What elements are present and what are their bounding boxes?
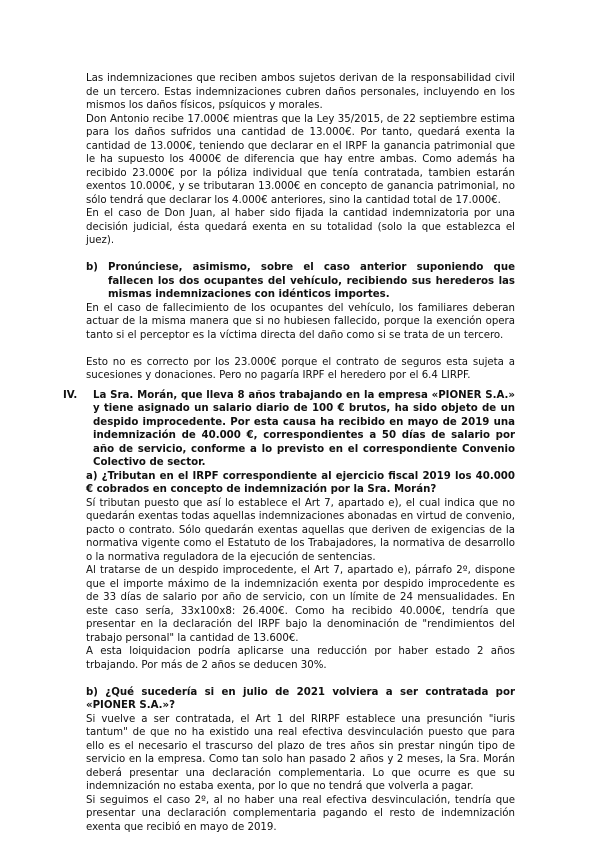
intro-paragraph: Don Antonio recibe 17.000€ mientras que … xyxy=(86,113,515,208)
answer-paragraph: Si vuelve a ser contratada, el Art 1 del… xyxy=(86,713,515,794)
answer-paragraph: Si seguimos el caso 2º, al no haber una … xyxy=(86,794,515,835)
question-a-heading: a) ¿Tributan en el IRPF correspondiente … xyxy=(86,470,515,497)
answer-paragraph: A esta loiquidacion podría aplicarse una… xyxy=(86,645,515,672)
spacer xyxy=(86,672,515,686)
document-page: Las indemnizaciones que reciben ambos su… xyxy=(86,72,515,834)
question-marker: b) xyxy=(86,261,108,302)
question-b-heading: b) ¿Qué sucedería si en julio de 2021 vo… xyxy=(86,686,515,713)
section-iv-heading: IV. La Sra. Morán, que lleva 8 años trab… xyxy=(63,389,515,470)
correction-note: Esto no es correcto por los 23.000€ porq… xyxy=(86,356,515,383)
section-statement: La Sra. Morán, que lleva 8 años trabajan… xyxy=(93,389,515,470)
answer-paragraph: Sí tributan puesto que así lo establece … xyxy=(86,497,515,565)
intro-paragraph: Las indemnizaciones que reciben ambos su… xyxy=(86,72,515,113)
answer-paragraph: En el caso de fallecimiento de los ocupa… xyxy=(86,302,515,343)
intro-paragraph: En el caso de Don Juan, al haber sido fi… xyxy=(86,207,515,248)
answer-paragraph: Al tratarse de un despido improcedente, … xyxy=(86,564,515,645)
question-b-heading: b) Pronúnciese, asimismo, sobre el caso … xyxy=(86,261,515,302)
spacer xyxy=(86,248,515,262)
section-marker: IV. xyxy=(63,389,93,470)
spacer xyxy=(86,342,515,356)
question-text: Pronúnciese, asimismo, sobre el caso ant… xyxy=(108,261,515,302)
